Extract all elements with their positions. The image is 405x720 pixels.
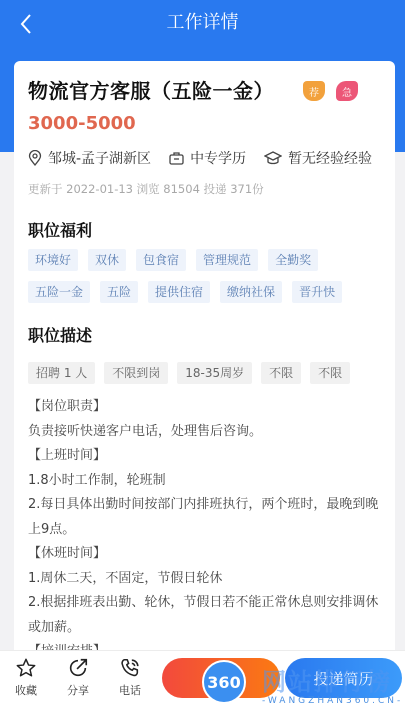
benefits-title: 职位福利 [28, 218, 92, 241]
apply-button[interactable]: 投递简历 [285, 658, 402, 698]
requirement-tag: 招聘 1 人 [28, 362, 95, 384]
requirement-tag: 不限到岗 [104, 362, 168, 384]
benefit-tag: 缴纳社保 [220, 281, 282, 303]
desc-line: 1.8小时工作制，轮班制 [28, 469, 383, 494]
graduation-cap-icon [264, 151, 282, 165]
share-label: 分享 [67, 682, 89, 698]
experience-text: 暂无经验经验 [288, 148, 372, 168]
job-description: 【岗位职责】 负责接听快递客户电话，处理售后咨询。 【上班时间】 1.8小时工作… [28, 395, 383, 661]
benefit-tag: 环境好 [28, 249, 78, 271]
benefit-tag: 全勤奖 [268, 249, 318, 271]
recommended-badge: 荐 [303, 81, 325, 101]
education: 中专学历 [169, 148, 246, 168]
favorite-button[interactable]: 收藏 [6, 657, 46, 698]
desc-line: 2.每日具体出勤时间按部门内排班执行，两个班时，最晚到晚上9点。 [28, 493, 383, 542]
benefit-tag: 双休 [88, 249, 126, 271]
desc-line: 2.根据排班表出勤、轮休，节假日若不能正常休息则安排调休或加薪。 [28, 591, 383, 640]
requirement-tags: 招聘 1 人 不限到岗 18-35周岁 不限 不限 [28, 362, 388, 384]
phone-label: 电话 [119, 682, 141, 698]
desc-line: 【上班时间】 [28, 444, 383, 469]
desc-line: 1.周休二天，不固定，节假日轮休 [28, 567, 383, 592]
job-meta: 邹城-孟子湖新区 中专学历 暂无经验经验 [28, 148, 390, 168]
share-button[interactable]: 分享 [58, 657, 98, 698]
phone-icon [119, 657, 141, 679]
location: 邹城-孟子湖新区 [28, 148, 151, 168]
job-card: 物流官方客服（五险一金） 荐 急 3000-5000 邹城-孟子湖新区 中专学历… [14, 61, 395, 661]
desc-line: 【休班时间】 [28, 542, 383, 567]
job-stats: 更新于 2022-01-13 浏览 81504 投递 371份 [28, 181, 264, 197]
page-title: 工作详情 [0, 10, 405, 36]
requirement-tag: 18-35周岁 [177, 362, 252, 384]
briefcase-icon [169, 151, 184, 165]
job-title: 物流官方客服（五险一金） [28, 75, 274, 104]
benefit-tag: 包食宿 [136, 249, 186, 271]
requirement-tag: 不限 [261, 362, 301, 384]
contact-button[interactable] [162, 658, 280, 698]
education-text: 中专学历 [190, 148, 246, 168]
benefit-tag: 五险一金 [28, 281, 90, 303]
desc-line: 负责接听快递客户电话，处理售后咨询。 [28, 420, 383, 445]
benefit-tag: 五险 [100, 281, 138, 303]
bottom-action-bar: 收藏 分享 电话 投递简历 [0, 650, 405, 720]
benefit-tags: 环境好 双休 包食宿 管理规范 全勤奖 五险一金 五险 提供住宿 缴纳社保 晋升… [28, 249, 388, 313]
location-text: 邹城-孟子湖新区 [48, 148, 151, 168]
phone-button[interactable]: 电话 [110, 657, 150, 698]
salary: 3000-5000 [28, 113, 136, 134]
urgent-badge: 急 [336, 81, 358, 101]
location-pin-icon [28, 150, 42, 166]
benefit-tag: 晋升快 [292, 281, 342, 303]
description-title: 职位描述 [28, 323, 92, 346]
experience: 暂无经验经验 [264, 148, 372, 168]
favorite-label: 收藏 [15, 682, 37, 698]
benefit-tag: 提供住宿 [148, 281, 210, 303]
benefit-tag: 管理规范 [196, 249, 258, 271]
desc-line: 【岗位职责】 [28, 395, 383, 420]
star-icon [15, 657, 37, 679]
share-icon [67, 657, 89, 679]
requirement-tag: 不限 [310, 362, 350, 384]
